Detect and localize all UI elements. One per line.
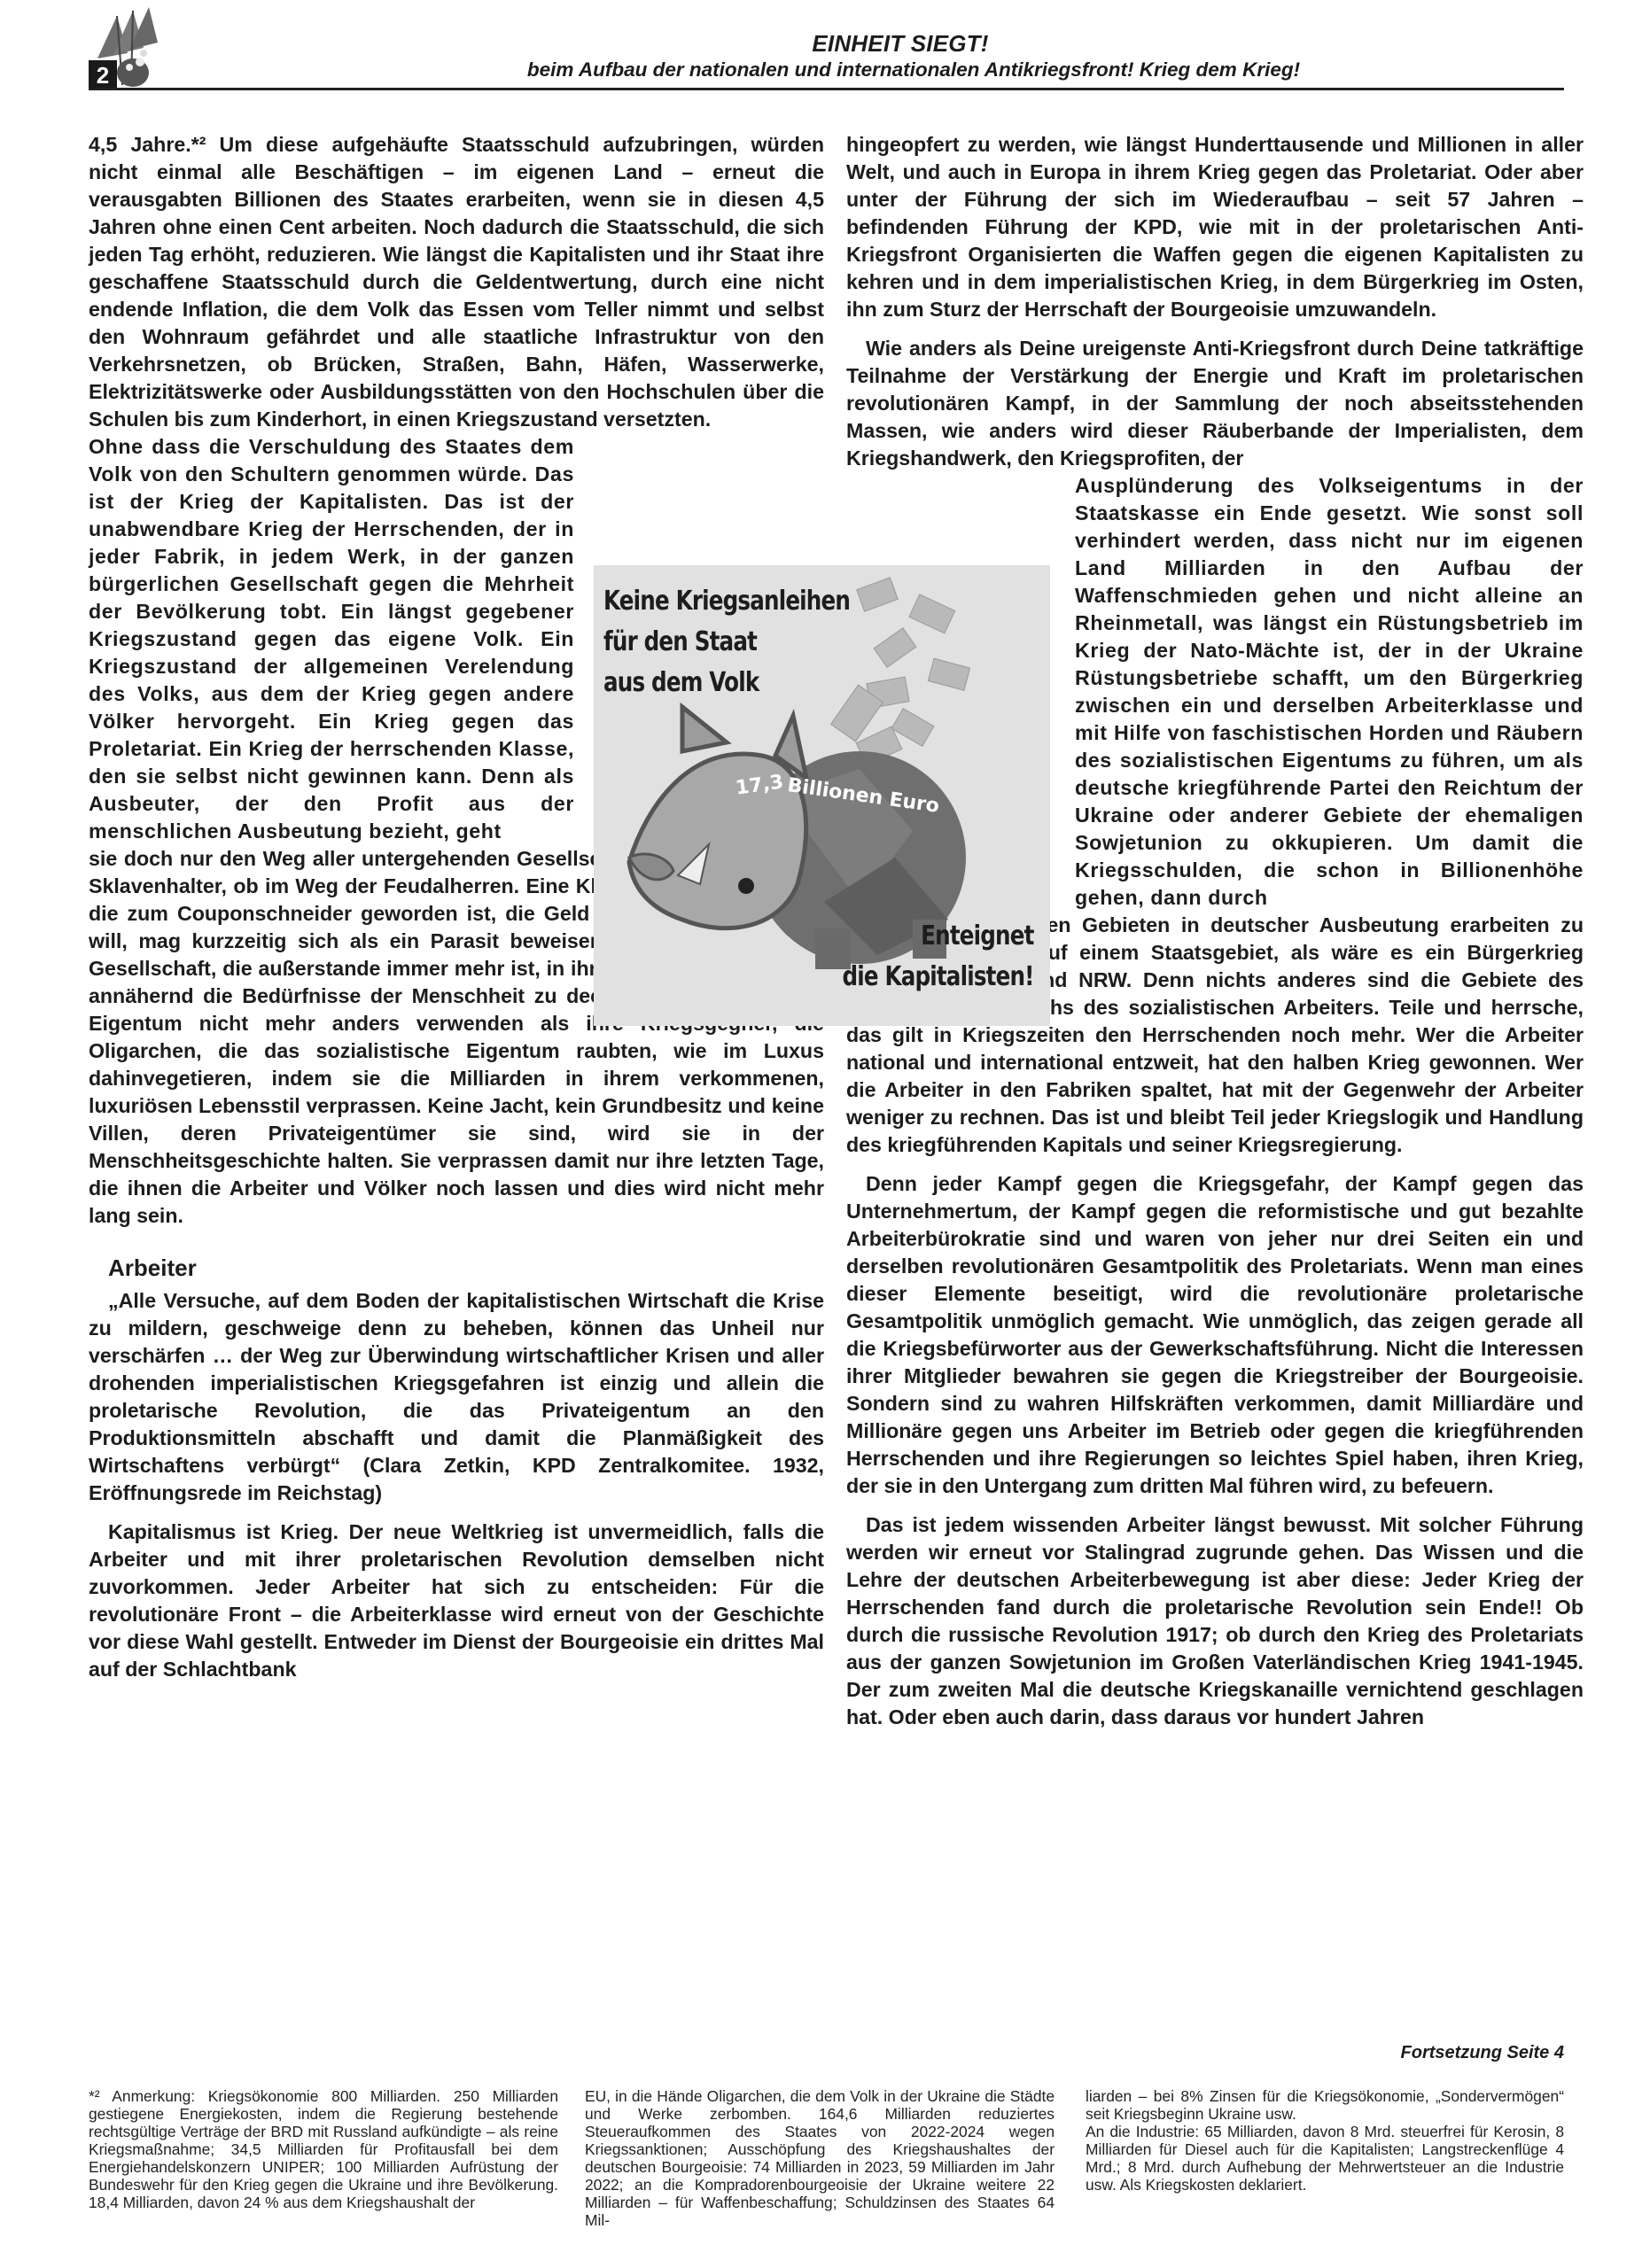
paragraph: 4,5 Jahre.*² Um diese aufgehäufte Staats… — [89, 131, 824, 433]
footnote-column-1: *² Anmerkung: Kriegsökonomie 800 Milliar… — [89, 2087, 558, 2211]
masthead-title: EINHEIT SIEGT! — [266, 30, 1535, 58]
page-number: 2 — [89, 60, 117, 90]
section-heading: Arbeiter — [108, 1254, 824, 1282]
continuation-note: Fortsetzung Seite 4 — [1401, 2043, 1564, 2063]
paragraph-wrap: Ausplünderung des Volkseigentums in der … — [1075, 472, 1584, 912]
illustration-slogan: Enteignet die Kapitalisten! — [843, 916, 1034, 998]
footnote-column-2: EU, in die Hände Oligarchen, die dem Vol… — [585, 2087, 1055, 2229]
illustration-piggy-bank: Keine Kriegsanleihen für den Staat aus d… — [594, 565, 1050, 1026]
illustration-headline: Keine Kriegsanleihen für den Staat aus d… — [603, 581, 850, 703]
footnote-column-3: liarden – bei 8% Zinsen für die Kriegsök… — [1086, 2087, 1564, 2194]
paragraph: Denn jeder Kampf gegen die Kriegsgefahr,… — [846, 1170, 1584, 1500]
paragraph: Kapitalismus ist Krieg. Der neue Weltkri… — [89, 1518, 824, 1683]
paragraph-wrap: Ohne dass die Verschuldung des Staates d… — [89, 433, 574, 845]
page-header: 2 EINHEIT SIEGT! beim Aufbau der nationa… — [0, 0, 1650, 93]
header-divider — [89, 88, 1564, 90]
paragraph: Wie anders als Deine ureigenste Anti-Kri… — [846, 335, 1584, 472]
quote-paragraph: „Alle Versuche, auf dem Boden der kapita… — [89, 1287, 824, 1507]
masthead-subtitle: beim Aufbau der nationalen und internati… — [266, 58, 1561, 82]
paragraph: Das ist jedem wissenden Arbeiter längst … — [846, 1511, 1584, 1731]
paragraph: hingeopfert zu werden, wie längst Hunder… — [846, 131, 1584, 323]
